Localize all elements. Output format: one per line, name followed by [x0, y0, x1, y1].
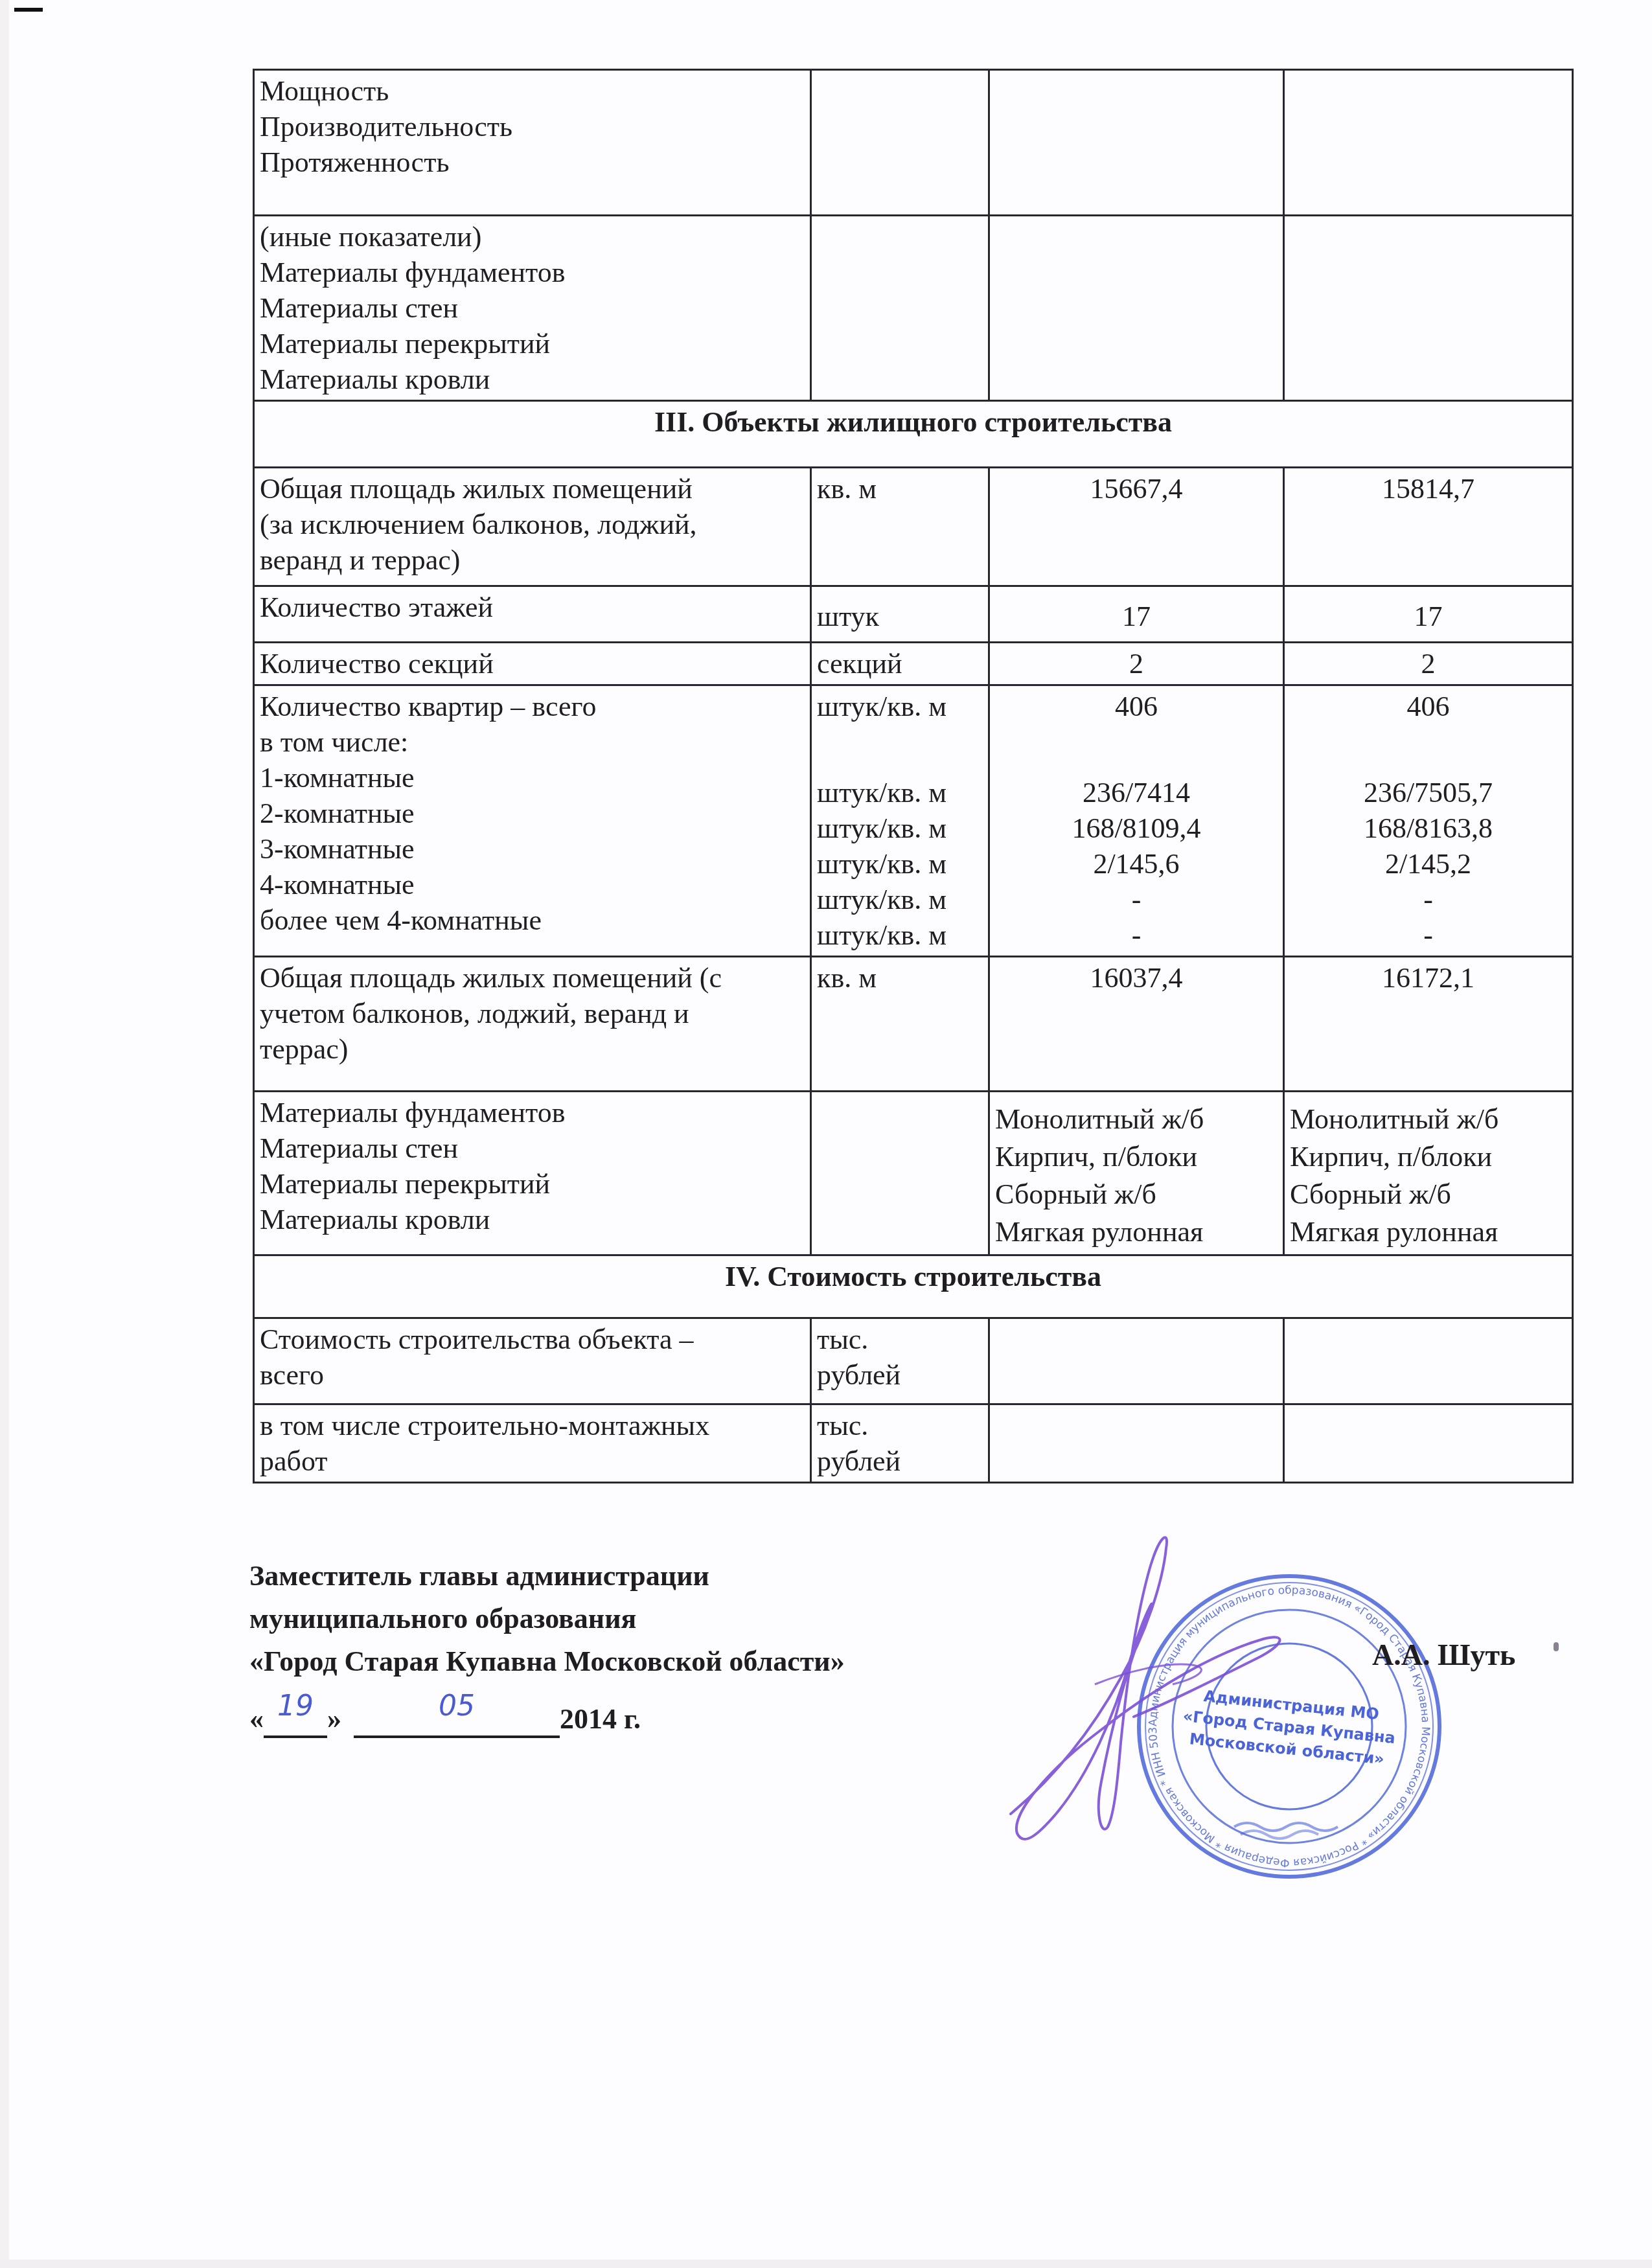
cell-actual: 17	[1284, 586, 1573, 643]
cell-planned: 406 236/7414 168/8109,4 2/145,6 - -	[989, 685, 1284, 957]
planned-walls: Кирпич, п/блоки	[995, 1139, 1278, 1176]
actual-total: 406	[1290, 689, 1566, 724]
label-2-room: 2-комнатные	[260, 796, 805, 831]
cell-label: Материалы фундаментов Материалы стен Мат…	[254, 1092, 811, 1255]
table-row-living-area-incl: Общая площадь жилых помещений (с учетом …	[254, 957, 1573, 1092]
cell-label: Количество квартир – всего в том числе: …	[254, 685, 811, 957]
cell-planned	[989, 216, 1284, 401]
label-including: в том числе:	[260, 724, 805, 760]
label-power: Мощность	[260, 73, 805, 109]
cell-actual: 2	[1284, 643, 1573, 685]
table-row-floors: Количество этажей штук 17 17	[254, 586, 1573, 643]
cell-unit: тыс. рублей	[811, 1318, 989, 1404]
cell-label: Количество этажей	[254, 586, 811, 643]
permit-indicators-table: Мощность Производительность Протяженност…	[253, 69, 1574, 1483]
label-1-room: 1-комнатные	[260, 760, 805, 796]
label-4-room: 4-комнатные	[260, 867, 805, 902]
actual-3-room: 2/145,2	[1290, 846, 1566, 882]
section-title: III. Объекты жилищного строительства	[254, 401, 1573, 468]
cell-planned: Монолитный ж/б Кирпич, п/блоки Сборный ж…	[989, 1092, 1284, 1255]
planned-total: 406	[995, 689, 1278, 724]
cell-unit: штук/кв. м штук/кв. м штук/кв. м штук/кв…	[811, 685, 989, 957]
planned-3-room: 2/145,6	[995, 846, 1278, 882]
label-foundation: Материалы фундаментов	[260, 255, 805, 290]
position-line: Заместитель главы администрации	[249, 1555, 845, 1598]
cell-actual: Монолитный ж/б Кирпич, п/блоки Сборный ж…	[1284, 1092, 1573, 1255]
date-quote-close: »	[327, 1703, 341, 1735]
label-line: Общая площадь жилых помещений	[260, 471, 805, 507]
label-walls: Материалы стен	[260, 290, 805, 326]
signature-date: «19 » 05 2014 г.	[249, 1702, 641, 1738]
label-more-than-4-room: более чем 4-комнатные	[260, 902, 805, 938]
cell-planned: 2	[989, 643, 1284, 685]
table-row-materials: Материалы фундаментов Материалы стен Мат…	[254, 1092, 1573, 1255]
label-length: Протяженность	[260, 144, 805, 180]
table-row-total-cost: Стоимость строительства объекта – всего …	[254, 1318, 1573, 1404]
label-line: в том числе строительно-монтажных	[260, 1408, 805, 1443]
label-floors: Материалы перекрытий	[260, 1166, 805, 1202]
label-other: (иные показатели)	[260, 219, 805, 255]
signatory-name: А.А. Шуть	[1372, 1638, 1515, 1672]
label-roof: Материалы кровли	[260, 361, 805, 397]
label-apartments-total: Количество квартир – всего	[260, 689, 805, 724]
planned-more-than-4-room: -	[995, 917, 1278, 953]
cell-unit: тыс. рублей	[811, 1404, 989, 1483]
cell-planned	[989, 70, 1284, 216]
unit-line: штук/кв. м	[817, 882, 983, 917]
unit-line: рублей	[817, 1357, 983, 1393]
label-floors: Материалы перекрытий	[260, 326, 805, 361]
unit-line: штук/кв. м	[817, 846, 983, 882]
unit-line: рублей	[817, 1443, 983, 1479]
cell-label: в том числе строительно-монтажных работ	[254, 1404, 811, 1483]
table-row-capacity: Мощность Производительность Протяженност…	[254, 70, 1573, 216]
cell-planned: 17	[989, 586, 1284, 643]
date-month-field: 05	[354, 1702, 560, 1738]
cell-actual: 15814,7	[1284, 468, 1573, 586]
label-line: работ	[260, 1443, 805, 1479]
cell-label: Общая площадь жилых помещений (за исключ…	[254, 468, 811, 586]
cell-unit	[811, 216, 989, 401]
label-3-room: 3-комнатные	[260, 831, 805, 867]
section-header-cost: IV. Стоимость строительства	[254, 1255, 1573, 1318]
actual-walls: Кирпич, п/блоки	[1290, 1139, 1566, 1176]
date-day-handwritten: 19	[264, 1690, 327, 1723]
actual-2-room: 168/8163,8	[1290, 810, 1566, 846]
label-line: учетом балконов, лоджий, веранд и	[260, 996, 805, 1031]
actual-more-than-4-room: -	[1290, 917, 1566, 953]
actual-foundation: Монолитный ж/б	[1290, 1101, 1566, 1139]
date-quote-open: «	[249, 1703, 264, 1735]
label-line: террас)	[260, 1031, 805, 1067]
table-row-living-area-excl: Общая площадь жилых помещений (за исключ…	[254, 468, 1573, 586]
unit-line: штук/кв. м	[817, 689, 983, 724]
label-productivity: Производительность	[260, 109, 805, 144]
label-line: веранд и террас)	[260, 542, 805, 578]
planned-roof: Мягкая рулонная	[995, 1214, 1278, 1252]
cell-label: Мощность Производительность Протяженност…	[254, 70, 811, 216]
table-row-other-materials: (иные показатели) Материалы фундаментов …	[254, 216, 1573, 401]
cell-unit: кв. м	[811, 468, 989, 586]
cell-actual	[1284, 1318, 1573, 1404]
unit-line: штук/кв. м	[817, 810, 983, 846]
date-month-handwritten: 05	[354, 1690, 560, 1723]
cell-label: Количество секций	[254, 643, 811, 685]
planned-2-room: 168/8109,4	[995, 810, 1278, 846]
cell-unit	[811, 70, 989, 216]
cell-planned	[989, 1404, 1284, 1483]
section-title: IV. Стоимость строительства	[254, 1255, 1573, 1318]
cell-planned	[989, 1318, 1284, 1404]
table-row-apartments: Количество квартир – всего в том числе: …	[254, 685, 1573, 957]
date-day-field: 19	[264, 1702, 327, 1738]
position-line: «Город Старая Купавна Московской области…	[249, 1640, 845, 1683]
cell-actual: 406 236/7505,7 168/8163,8 2/145,2 - -	[1284, 685, 1573, 957]
section-header-housing: III. Объекты жилищного строительства	[254, 401, 1573, 468]
value-spacer	[1290, 724, 1566, 775]
unit-line: тыс.	[817, 1322, 983, 1357]
cell-label: (иные показатели) Материалы фундаментов …	[254, 216, 811, 401]
scan-speck	[1554, 1642, 1559, 1651]
label-walls: Материалы стен	[260, 1130, 805, 1166]
actual-roof: Мягкая рулонная	[1290, 1214, 1566, 1252]
date-year: 2014 г.	[560, 1703, 641, 1735]
planned-1-room: 236/7414	[995, 775, 1278, 810]
cell-label: Общая площадь жилых помещений (с учетом …	[254, 957, 811, 1092]
cell-actual	[1284, 70, 1573, 216]
planned-foundation: Монолитный ж/б	[995, 1101, 1278, 1139]
cell-actual	[1284, 1404, 1573, 1483]
scan-left-edge	[0, 0, 9, 2268]
table-row-sections: Количество секций секций 2 2	[254, 643, 1573, 685]
actual-1-room: 236/7505,7	[1290, 775, 1566, 810]
actual-4-room: -	[1290, 882, 1566, 917]
unit-line: штук/кв. м	[817, 917, 983, 953]
cell-actual	[1284, 216, 1573, 401]
cell-unit: кв. м	[811, 957, 989, 1092]
cell-planned: 15667,4	[989, 468, 1284, 586]
cell-unit	[811, 1092, 989, 1255]
label-foundation: Материалы фундаментов	[260, 1095, 805, 1130]
signatory-position: Заместитель главы администрации муниципа…	[249, 1555, 845, 1683]
cell-actual: 16172,1	[1284, 957, 1573, 1092]
scan-edge-mark	[14, 8, 43, 12]
cell-unit: штук	[811, 586, 989, 643]
planned-floors: Сборный ж/б	[995, 1176, 1278, 1214]
unit-line: тыс.	[817, 1408, 983, 1443]
cell-label: Стоимость строительства объекта – всего	[254, 1318, 811, 1404]
label-roof: Материалы кровли	[260, 1202, 805, 1237]
table-row-construction-cost: в том числе строительно-монтажных работ …	[254, 1404, 1573, 1483]
label-line: Стоимость строительства объекта –	[260, 1322, 805, 1357]
label-line: (за исключением балконов, лоджий,	[260, 507, 805, 542]
handwritten-signature-icon	[998, 1509, 1360, 1872]
unit-line-spacer	[817, 724, 983, 775]
value-spacer	[995, 724, 1278, 775]
label-line: Общая площадь жилых помещений (с	[260, 960, 805, 996]
scan-bottom-edge	[0, 2260, 1652, 2268]
unit-line: штук/кв. м	[817, 775, 983, 810]
actual-floors: Сборный ж/б	[1290, 1176, 1566, 1214]
cell-planned: 16037,4	[989, 957, 1284, 1092]
label-line: всего	[260, 1357, 805, 1393]
position-line: муниципального образования	[249, 1598, 845, 1640]
cell-unit: секций	[811, 643, 989, 685]
planned-4-room: -	[995, 882, 1278, 917]
